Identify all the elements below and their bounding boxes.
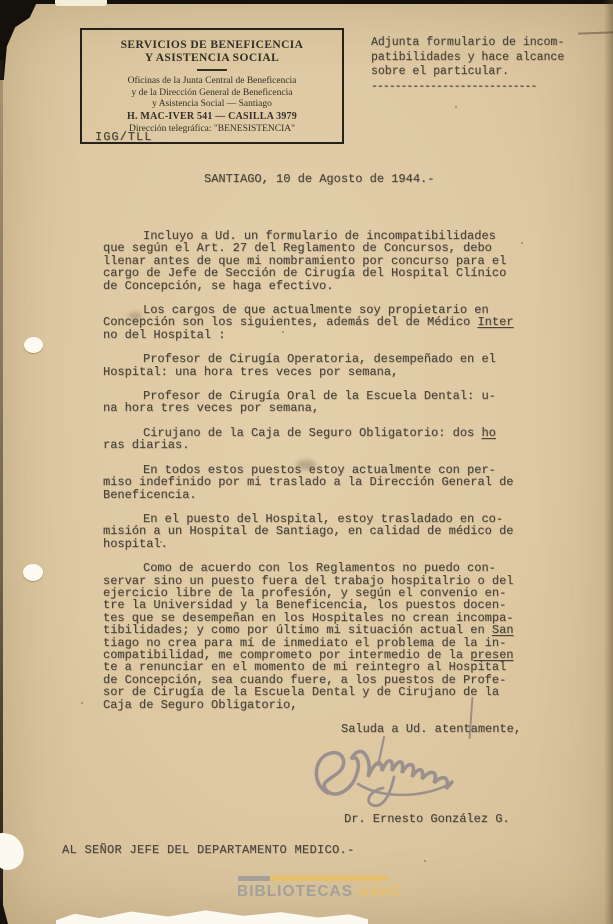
watermark-text-secondary: UdeC [353,883,403,900]
smudge [296,460,316,470]
letterhead-office-line: y de la Dirección General de Beneficenci… [86,88,338,100]
speck [521,242,523,244]
paragraph-line: tibilidades; y como por último mi situac… [103,624,521,636]
paragraph: En todos estos puestos estoy actualmente… [103,464,521,501]
speck [424,860,426,862]
paragraph: Profesor de Cirugía Oral de la Escuela D… [103,390,521,415]
paragraph-line: Como de acuerdo con los Reglamentos no p… [103,562,521,574]
paragraph-line: miso indefinido por mi traslado a la Dir… [103,476,521,488]
watermark-bar [238,876,388,881]
speck [160,541,162,543]
speck [455,106,457,108]
paragraph: Como de acuerdo con los Reglamentos no p… [103,562,521,711]
letterhead-org-line1: SERVICIOS DE BENEFICENCIA [86,39,338,52]
scan-edge-top-left [0,0,38,80]
signatory-name: Dr. Ernesto González G. [344,812,510,826]
paragraph-line: tre la Universidad y la Beneficencia, lo… [103,599,521,611]
paragraph-line: cargo de Jefe de Sección de Cirugía del … [103,267,521,279]
scan-edge-right [604,0,613,924]
letterhead-rule [197,69,227,71]
watermark-text: BIBLIOTECAS UdeC [237,883,403,901]
letterhead-box: SERVICIOS DE BENEFICENCIA Y ASISTENCIA S… [80,28,344,144]
paper-tear-bottom [56,906,368,924]
paragraph-line: Profesor de Cirugía Operatoria, desempeñ… [103,353,521,365]
underlined-word-break: Inter [477,315,513,329]
letterhead-org-line2: Y ASISTENCIA SOCIAL [86,52,338,65]
paragraph-line: no del Hospital : [103,329,521,341]
scanned-letter-page: SERVICIOS DE BENEFICENCIA Y ASISTENCIA S… [0,0,613,924]
speck [282,331,284,333]
paragraph-line: sor de Cirugía de la Escuela Dental y de… [103,686,521,698]
annotation-line: sobre el particular. [371,65,586,80]
paragraph-line: Hospital: una hora tres veces por semana… [103,366,521,378]
paragraph-line: hospital. [103,538,521,550]
paper-tear-left [0,832,26,872]
paragraph: Profesor de Cirugía Operatoria, desempeñ… [103,353,521,378]
watermark-text-primary: BIBLIOTECAS [237,883,353,900]
letterhead-address: H. MAC-IVER 541 — CASILLA 3979 [86,111,338,123]
paragraph-line: na hora tres veces por semana, [103,402,521,414]
signature-scrawl [298,733,493,815]
paragraph-line: te a renunciar en el momento de mi reint… [103,661,521,673]
paragraph: Los cargos de que actualmente soy propie… [103,304,521,341]
smudge [128,312,142,320]
paragraph-line: Concepción son los siguientes, además de… [103,316,521,328]
paragraph-line: misión a un Hospital de Santiago, en cal… [103,525,521,537]
subject-annotation: Adjunta formulario de incom-patibilidade… [371,36,586,94]
annotation-dashed-rule: ---------------------------- [371,80,586,95]
watermark-bar-yellow [270,876,388,881]
punch-hole-top [24,337,43,353]
paragraph: En el puesto del Hospital, estoy traslad… [103,513,521,550]
paper-edge-notch [55,0,107,6]
paragraph-line: de Concepción, se haga efectivo. [103,280,521,292]
paragraph-line: Caja de Seguro Obligatorio, [103,699,521,711]
letterhead-office-line: y Asistencia Social — Santiago [86,99,338,111]
subject-annotation-lines: Adjunta formulario de incom-patibilidade… [371,36,586,80]
recipient-line: AL SEÑOR JEFE DEL DEPARTAMENTO MEDICO.- [62,843,355,857]
annotation-line: patibilidades y hace alcance [371,51,586,66]
scan-edge-left [0,60,3,924]
annotation-line: Adjunta formulario de incom- [371,36,586,51]
speck [81,702,83,704]
paragraph-line: ras diarias. [103,439,521,451]
letterhead-office-line: Oficinas de la Junta Central de Benefice… [86,76,338,88]
scan-edge-bottom-left [0,898,8,924]
body-paragraphs: Incluyo a Ud. un formulario de incompati… [103,230,521,723]
letterhead-office-lines: Oficinas de la Junta Central de Benefice… [86,76,338,111]
paragraph-line: Beneficencia. [103,489,521,501]
punch-hole-bottom [23,564,43,581]
paragraph: Cirujano de la Caja de Seguro Obligatori… [103,427,521,452]
paragraph-line: que según el Art. 27 del Reglamento de C… [103,242,521,254]
watermark-bar-gray [238,876,270,881]
underlined-word-break: ho [481,426,495,440]
dateline: SANTIAGO, 10 de Agosto de 1944.- [204,172,434,186]
paragraph: Incluyo a Ud. un formulario de incompati… [103,230,521,292]
reference-code: IGG/TLL [95,130,152,144]
